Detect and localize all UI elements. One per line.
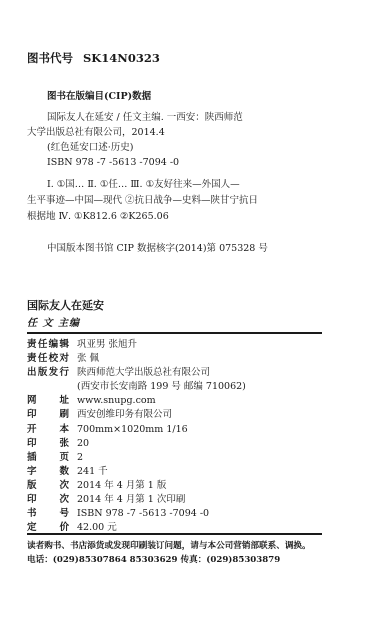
colophon-table: 责任编辑巩亚男 张旭升责任校对张 佩出版发行陕西师范大学出版总社有限公司 (西安… [27, 338, 246, 535]
label-char: 对 [59, 352, 69, 366]
classification-line: 根据地 Ⅳ. ①K812.6 ②K265.06 [27, 209, 327, 225]
label-char: 字 [27, 465, 37, 479]
notice-line: 读者购书、书店添货或发现印刷装订问题，请与本公司营销部联系、调换。 [27, 539, 311, 553]
cip-approval-number: 中国版本图书馆 CIP 数据核字(2014)第 075328 号 [47, 240, 268, 254]
label-char: 印 [27, 493, 37, 507]
label-char: 印 [27, 437, 37, 451]
colophon-row: 印次2014 年 4 月第 1 次印刷 [27, 493, 246, 507]
colophon-value: 241 千 [77, 465, 108, 479]
cip-title: 图书在版编目(CIP)数据 [47, 88, 151, 102]
copyright-page: 图书代号SK14N0323 图书在版编目(CIP)数据 国际友人在延安 / 任文… [0, 0, 375, 617]
contact-line: 电话：(029)85307864 85303629 传真：(029)853038… [27, 553, 311, 567]
label-char: 版 [27, 479, 37, 493]
divider-bottom [27, 533, 322, 535]
colophon-value: 700mm×1020mm 1/16 [77, 423, 188, 437]
label-char: 版 [38, 366, 48, 380]
cip-line: 国际友人在延安 / 任文主编. 一西安：陕西师范 [27, 110, 327, 125]
label-char: 数 [59, 465, 69, 479]
colophon-row: 责任编辑巩亚男 张旭升 [27, 338, 246, 352]
cip-line: 大学出版总社有限公司，2014.4 [27, 125, 327, 140]
book-code-label: 图书代号 [27, 51, 73, 65]
classification-line: Ⅰ. ①国… Ⅱ. ①任… Ⅲ. ①友好往来—外国人— [27, 177, 327, 193]
label-char: 开 [27, 423, 37, 437]
colophon-value: 张 佩 [77, 352, 99, 366]
colophon-value: 20 [77, 437, 89, 451]
colophon-value: 2014 年 4 月第 1 版 [77, 479, 166, 493]
cip-line: (红色延安口述·历史) [27, 140, 327, 155]
reader-notice: 读者购书、书店添货或发现印刷装订问题，请与本公司营销部联系、调换。 电话：(02… [27, 539, 311, 567]
label-char: 编 [49, 338, 59, 352]
label-char: 责 [27, 338, 37, 352]
label-char: 页 [59, 451, 69, 465]
colophon-value: ISBN 978 -7 -5613 -7094 -0 [77, 507, 209, 521]
colophon-label: 印刷 [27, 408, 77, 422]
colophon-row: 字数241 千 [27, 465, 246, 479]
colophon-label: 印张 [27, 437, 77, 451]
colophon-row: 书号ISBN 978 -7 -5613 -7094 -0 [27, 507, 246, 521]
colophon-value: 2014 年 4 月第 1 次印刷 [77, 493, 185, 507]
colophon-row: 出版发行陕西师范大学出版总社有限公司 [27, 366, 246, 380]
colophon-value: 巩亚男 张旭升 [77, 338, 137, 352]
colophon-value: (西安市长安南路 199 号 邮编 710062) [77, 380, 246, 394]
colophon-value: 西安创维印务有限公司 [77, 408, 172, 422]
label-char: 址 [59, 394, 69, 408]
colophon-value: 2 [77, 451, 83, 465]
label-char: 书 [27, 507, 37, 521]
colophon-label: 插页 [27, 451, 77, 465]
label-char: 行 [59, 366, 69, 380]
cip-record: 国际友人在延安 / 任文主编. 一西安：陕西师范 大学出版总社有限公司，2014… [27, 110, 327, 170]
colophon-row: (西安市长安南路 199 号 邮编 710062) [27, 380, 246, 394]
book-author: 任 文 主编 [27, 314, 80, 329]
cip-classification: Ⅰ. ①国… Ⅱ. ①任… Ⅲ. ①友好往来—外国人— 生平事迹—中国—现代 ②… [27, 177, 327, 225]
label-char: 印 [27, 408, 37, 422]
label-char: 出 [27, 366, 37, 380]
label-char: 刷 [59, 408, 69, 422]
colophon-row: 印张20 [27, 437, 246, 451]
colophon-label: 网址 [27, 394, 77, 408]
colophon-row: 开本700mm×1020mm 1/16 [27, 423, 246, 437]
colophon-label: 版次 [27, 479, 77, 493]
colophon-row: 版次2014 年 4 月第 1 版 [27, 479, 246, 493]
colophon-label: 字数 [27, 465, 77, 479]
label-char: 次 [59, 493, 69, 507]
colophon-value: 陕西师范大学出版总社有限公司 [77, 366, 210, 380]
cip-line: ISBN 978 -7 -5613 -7094 -0 [27, 155, 327, 170]
colophon-label: 出版发行 [27, 366, 77, 380]
colophon-label: 书号 [27, 507, 77, 521]
label-char: 任 [38, 352, 48, 366]
divider-top [27, 332, 322, 334]
label-char: 网 [27, 394, 37, 408]
colophon-label: 印次 [27, 493, 77, 507]
colophon-row: 网址www.snupg.com [27, 394, 246, 408]
colophon-row: 责任校对张 佩 [27, 352, 246, 366]
label-char: 发 [49, 366, 59, 380]
book-title: 国际友人在延安 [27, 297, 104, 313]
label-char: 次 [59, 479, 69, 493]
label-char: 张 [59, 437, 69, 451]
colophon-row: 印刷西安创维印务有限公司 [27, 408, 246, 422]
colophon-row: 插页2 [27, 451, 246, 465]
colophon-label: 责任校对 [27, 352, 77, 366]
label-char: 插 [27, 451, 37, 465]
book-code-value: SK14N0323 [83, 51, 160, 65]
classification-line: 生平事迹—中国—现代 ②抗日战争—史料—陕甘宁抗日 [27, 193, 327, 209]
book-code: 图书代号SK14N0323 [27, 50, 160, 66]
colophon-label: 开本 [27, 423, 77, 437]
label-char: 本 [59, 423, 69, 437]
label-char: 号 [59, 507, 69, 521]
label-char: 辑 [59, 338, 69, 352]
colophon-value: www.snupg.com [77, 394, 156, 408]
label-char: 任 [38, 338, 48, 352]
label-char: 责 [27, 352, 37, 366]
label-char: 校 [49, 352, 59, 366]
colophon-label: 责任编辑 [27, 338, 77, 352]
